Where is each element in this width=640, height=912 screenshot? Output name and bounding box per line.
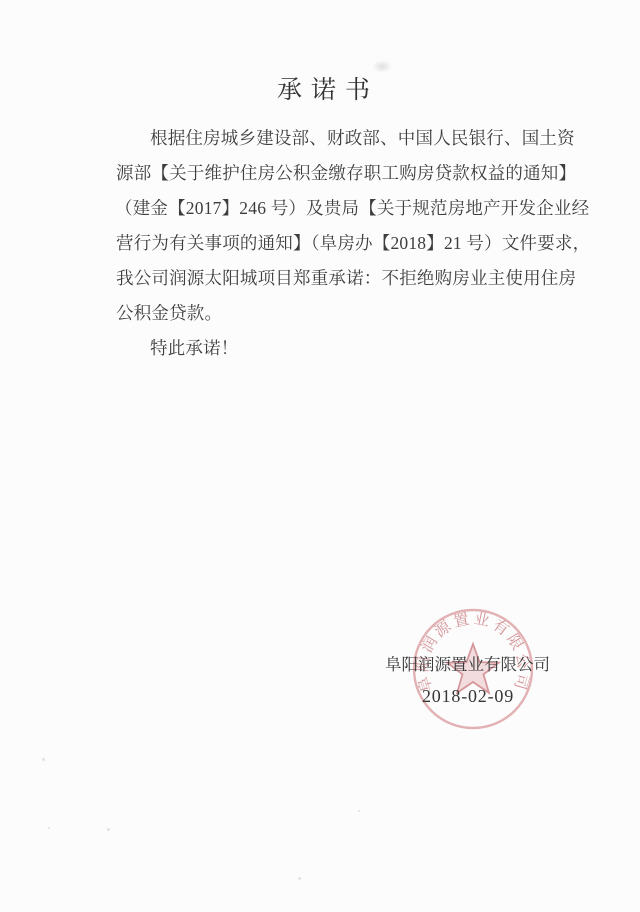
scanned-document-page: 承诺书 根据住房城乡建设部、财政部、中国人民银行、国土资 源部【关于维护住房公积… [0,0,640,912]
signature-date: 2018-02-09 [422,686,514,707]
document-body: 根据住房城乡建设部、财政部、中国人民银行、国土资 源部【关于维护住房公积金缴存职… [116,121,572,366]
scan-speck [48,827,50,829]
signature-company-name: 阜阳润源置业有限公司 [385,651,550,675]
document-title: 承诺书 [0,70,640,106]
body-line: 源部【关于维护住房公积金缴存职工购房贷款权益的通知】 [116,156,572,191]
body-line: 特此承诺！ [116,331,572,366]
body-line: 我公司润源太阳城项目郑重承诺：不拒绝购房业主使用住房 [116,261,572,296]
scan-speck [298,877,301,880]
body-line: 营行为有关事项的通知】（阜房办【2018】21 号）文件要求， [116,226,572,261]
scan-speck [107,828,110,831]
scan-speck [358,810,360,812]
body-line: 公积金贷款。 [116,296,572,331]
scan-speck [42,758,45,761]
body-line: 根据住房城乡建设部、财政部、中国人民银行、国土资 [116,121,572,156]
body-line: （建金【2017】246 号）及贵局【关于规范房地产开发企业经 [115,191,572,226]
